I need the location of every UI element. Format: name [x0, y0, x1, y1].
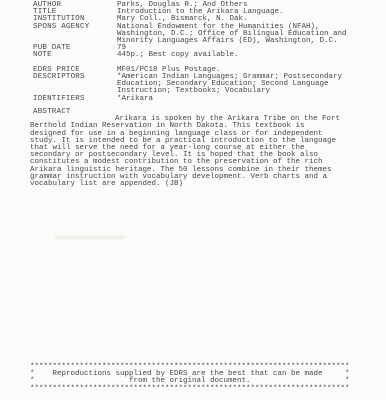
abstract-text-line: vocabulary list are appended. (JB)	[30, 181, 386, 188]
abstract-text: Arikara is spoken by the Arikara Tribe o…	[0, 116, 386, 188]
field-label-descriptors: DESCRIPTORS	[33, 74, 85, 81]
field-row-identifiers: IDENTIFIERS*Arikara	[0, 96, 386, 103]
field-label-note: NOTE	[33, 52, 52, 59]
field-value-line: *Arikara	[117, 96, 386, 103]
field-label-spons-agency: SPONS AGENCY	[33, 24, 89, 31]
scan-smudge-artifact	[55, 236, 125, 239]
field-value-line: Minority Languages Affairs (ED), Washing…	[117, 38, 386, 45]
field-value-line: 445p.; Best copy available.	[117, 52, 386, 59]
field-label-identifiers: IDENTIFIERS	[33, 96, 85, 103]
field-row-note: NOTE445p.; Best copy available.	[0, 52, 386, 59]
field-row-descriptors: DESCRIPTORS*American Indian Languages; G…	[0, 74, 386, 96]
abstract-section: ABSTRACT Arikara is spoken by the Arikar…	[0, 109, 386, 188]
edrs-reproduction-notice: ****************************************…	[30, 364, 350, 393]
field-value-line: Instruction; Textbooks; Vocabulary	[117, 88, 386, 95]
scanned-document-page: AUTHORParks, Douglas R.; And OthersTITLE…	[0, 0, 386, 400]
field-row-spons-agency: SPONS AGENCYNational Endowment for the H…	[0, 24, 386, 46]
eric-record-fields: AUTHORParks, Douglas R.; And OthersTITLE…	[0, 2, 386, 103]
